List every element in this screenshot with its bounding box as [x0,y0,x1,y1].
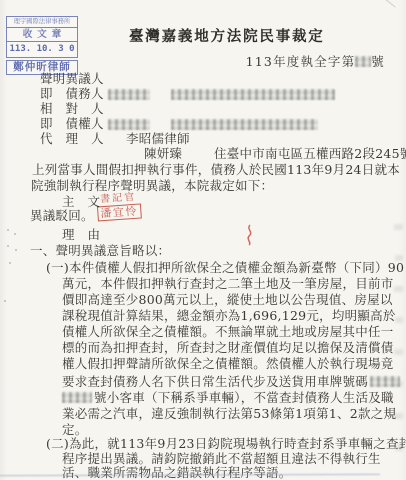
reason-item-1-intro: 一、聲明異議意旨略以： [30,244,170,258]
redacted-creditor-name [108,119,150,130]
fold-mark [383,0,395,8]
scan-smudge [394,413,403,419]
redacted-plate-number-2 [62,392,92,403]
clerk-stamp-name: 潘宜怜 [97,203,141,221]
attorney-address: 住臺中市南屯區五權西路2段245號 [214,147,406,161]
preamble-line-1: 上列當事人間假扣押執行事件，債務人於民國113年9月24日就本 [32,163,400,177]
party-label-creditor: 即 債權人 [40,117,104,131]
scan-speck [9,262,11,264]
scan-speck [14,233,16,235]
scan-smudge [395,381,403,387]
reasons-heading: 理 由 [62,228,100,242]
redacted-debtor-address [171,89,335,100]
redacted-creditor-address [171,119,318,130]
attorney-name-2: 陳妍臻 [144,147,182,161]
reason-1-line-2: 價即高達至少800萬元以上，縱使土地以公告現值、房屋以 [62,293,393,307]
reason-1-line-1: 萬元，本件假扣押執行查封之二筆土地及一筆房屋，目前市 [62,277,394,291]
scan-smudge [394,224,403,230]
scan-speck [7,229,9,231]
scan-speck [4,300,6,302]
attorney-name-1: 李昭儒律師 [126,132,190,146]
scan-smudge [395,255,403,261]
party-label-debtor: 即 債務人 [40,87,104,101]
reason-1-line-9: 業必需之汽車，違反強制執行法第53條第1項第1、2款之規 [62,407,396,421]
scan-speck [15,249,17,251]
ruling-text: 異議駁回。 [30,209,94,223]
case-number: 113年度執全字第號 [246,55,385,69]
redacted-case-number [355,56,371,67]
reason-1-line-3: 課稅現值計算結果，總金額亦為1,696,129元，均明顯高於 [62,309,396,323]
reason-1-line-8: 號小客車（下稱系爭車輛），不當查封債務人生活及職 [62,391,394,405]
reason-1-line-6: 權人假扣押聲請所欲保全之債權額。然債權人於執行現場竟 [62,357,394,371]
party-label-attorney: 代 理 人 [40,132,104,146]
reason-1-line-4: 債權人所欲保全之債權額。不無論單就土地或房屋其中任一 [62,325,394,339]
scan-speck [7,245,9,247]
party-label-objector: 聲明異議人 [40,72,104,86]
receipt-stamp-label: 收文章 [7,28,77,42]
reason-2-line-1: 程序提出異議。請鈞院撤銷此不當超額且違法不得執行生 [62,452,381,466]
reason-1-line-7: 要求查封債務人名下供日常生活代步及送貨用車牌號碼 [62,375,400,389]
reason-2-line-0: (二)為此，就113年9月23日鈞院現場執行時查封系爭車輛之查封 [46,437,406,451]
scan-smudge [395,445,403,451]
main-text-heading: 主 文 [62,195,100,209]
scan-smudge [394,349,403,355]
receipt-date: 113. 10. 3 0 [7,42,77,57]
reason-1-line-0: (一)本件債權人假扣押所欲保全之債權金額為新臺幣（下同）90 [46,261,404,275]
redacted-debtor-name [108,89,150,100]
law-firm-name: 理宇國際法律事務所 [7,17,77,28]
party-label-opposite: 相 對 人 [40,102,104,116]
preamble-line-2: 院強制執行程序聲明異議，本院裁定如下： [31,179,273,193]
reason-1-line-5: 標的而為扣押查封，所查封之財產價值均足以擔保及清償債 [62,341,394,355]
reason-1-line-10: 定。 [62,423,88,437]
court-ruling-document: 理宇國際法律事務所 收文章 113. 10. 3 0 鄭仲昕律師 臺灣嘉義地方法… [0,0,406,480]
receipt-stamp: 理宇國際法律事務所 收文章 113. 10. 3 0 鄭仲昕律師 [6,16,78,75]
scan-smudge [395,317,403,323]
scan-smudge [394,286,403,292]
court-title: 臺灣嘉義地方法院民事裁定 [129,30,325,44]
red-pen-mark [243,224,257,246]
clerk-stamp: 書記官 潘宜怜 [96,192,141,222]
